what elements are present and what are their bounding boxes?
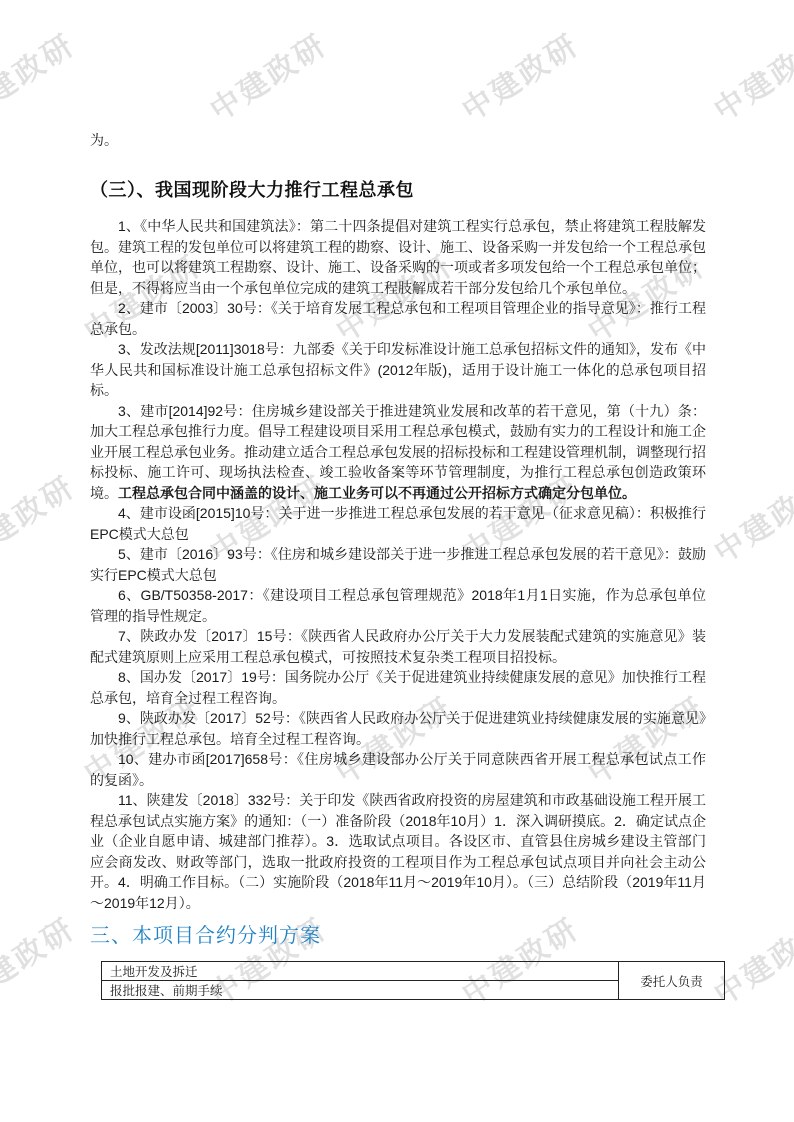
paragraph: 10、建办市函[2017]658号：《住房城乡建设部办公厅关于同意陕西省开展工程… (90, 749, 706, 790)
watermark-text: 中建政研 (200, 21, 335, 130)
paragraph-text: 10、建办市函[2017]658号：《住房城乡建设部办公厅关于同意陕西省开展工程… (90, 751, 706, 788)
paragraph-text: 2、建市〔2003〕30号：《关于培育发展工程总承包和工程项目管理企业的指导意见… (90, 300, 706, 337)
paragraph-text: 8、国办发〔2017〕19号：国务院办公厅《关于促进建筑业持续健康发展的意见》加… (90, 669, 706, 706)
paragraph-text: 4、建市设函[2015]10号：关于进一步推进工程总承包发展的若干意见（征求意见… (90, 505, 706, 542)
paragraph: 4、建市设函[2015]10号：关于进一步推进工程总承包发展的若干意见（征求意见… (90, 503, 706, 544)
paragraph-text: 7、陕政办发〔2017〕15号：《陕西省人民政府办公厅关于大力发展装配式建筑的实… (90, 628, 706, 665)
paragraph-text: 11、陕建发〔2018〕332号：关于印发《陕西省政府投资的房屋建筑和市政基础设… (90, 792, 706, 911)
paragraph: 5、建市〔2016〕93号：《住房和城乡建设部关于进一步推进工程总承包发展的若干… (90, 544, 706, 585)
paragraph: 8、国办发〔2017〕19号：国务院办公厅《关于促进建筑业持续健康发展的意见》加… (90, 667, 706, 708)
paragraph-text: 5、建市〔2016〕93号：《住房和城乡建设部关于进一步推进工程总承包发展的若干… (90, 546, 706, 583)
paragraph: 11、陕建发〔2018〕332号：关于印发《陕西省政府投资的房屋建筑和市政基础设… (90, 790, 706, 913)
leading-text: 为。 (90, 130, 706, 151)
paragraph: 7、陕政办发〔2017〕15号：《陕西省人民政府办公厅关于大力发展装配式建筑的实… (90, 626, 706, 667)
paragraph-text: 3、发改法规[2011]3018号：九部委《关于印发标准设计施工总承包招标文件的… (90, 341, 706, 398)
page-content: 为。 （三）、我国现阶段大力推行工程总承包 1、《中华人民共和国建筑法》：第二十… (90, 130, 706, 1000)
paragraph: 1、《中华人民共和国建筑法》：第二十四条提倡对建筑工程实行总承包，禁止将建筑工程… (90, 216, 706, 298)
paragraph-text: 9、陕政办发〔2017〕52号：《陕西省人民政府办公厅关于促进建筑业持续健康发展… (90, 710, 706, 747)
paragraph: 3、发改法规[2011]3018号：九部委《关于印发标准设计施工总承包招标文件的… (90, 339, 706, 401)
table-cell-work-item: 报批报建、前期手续 (102, 981, 619, 1000)
section2-heading: 三、本项目合约分判方案 (90, 922, 706, 950)
table-cell-responsibility: 委托人负责 (619, 962, 725, 1000)
watermark-text: 中建政研 (0, 905, 82, 1014)
section-heading: （三）、我国现阶段大力推行工程总承包 (90, 178, 706, 203)
table-row: 土地开发及拆迁 委托人负责 (102, 962, 725, 981)
paragraph-bold-text: 工程总承包合同中涵盖的设计、施工业务可以不再通过公开招标方式确定分包单位。 (118, 485, 636, 501)
paragraph-text: 1、《中华人民共和国建筑法》：第二十四条提倡对建筑工程实行总承包，禁止将建筑工程… (90, 218, 706, 296)
paragraph: 9、陕政办发〔2017〕52号：《陕西省人民政府办公厅关于促进建筑业持续健康发展… (90, 708, 706, 749)
paragraph: 6、GB/T50358-2017：《建设项目工程总承包管理规范》2018年1月1… (90, 585, 706, 626)
paragraph-text: 6、GB/T50358-2017：《建设项目工程总承包管理规范》2018年1月1… (90, 587, 706, 624)
watermark-text: 中建政研 (452, 21, 587, 130)
watermark-text: 中建政研 (704, 21, 794, 130)
paragraph: 2、建市〔2003〕30号：《关于培育发展工程总承包和工程项目管理企业的指导意见… (90, 298, 706, 339)
watermark-text: 中建政研 (0, 463, 82, 572)
table-cell-work-item: 土地开发及拆迁 (102, 962, 619, 981)
contract-division-table: 土地开发及拆迁 委托人负责 报批报建、前期手续 (101, 961, 725, 1000)
paragraph: 3、建市[2014]92号：住房城乡建设部关于推进建筑业发展和改革的若干意见，第… (90, 401, 706, 504)
watermark-text: 中建政研 (704, 463, 794, 572)
watermark-text: 中建政研 (0, 21, 82, 130)
